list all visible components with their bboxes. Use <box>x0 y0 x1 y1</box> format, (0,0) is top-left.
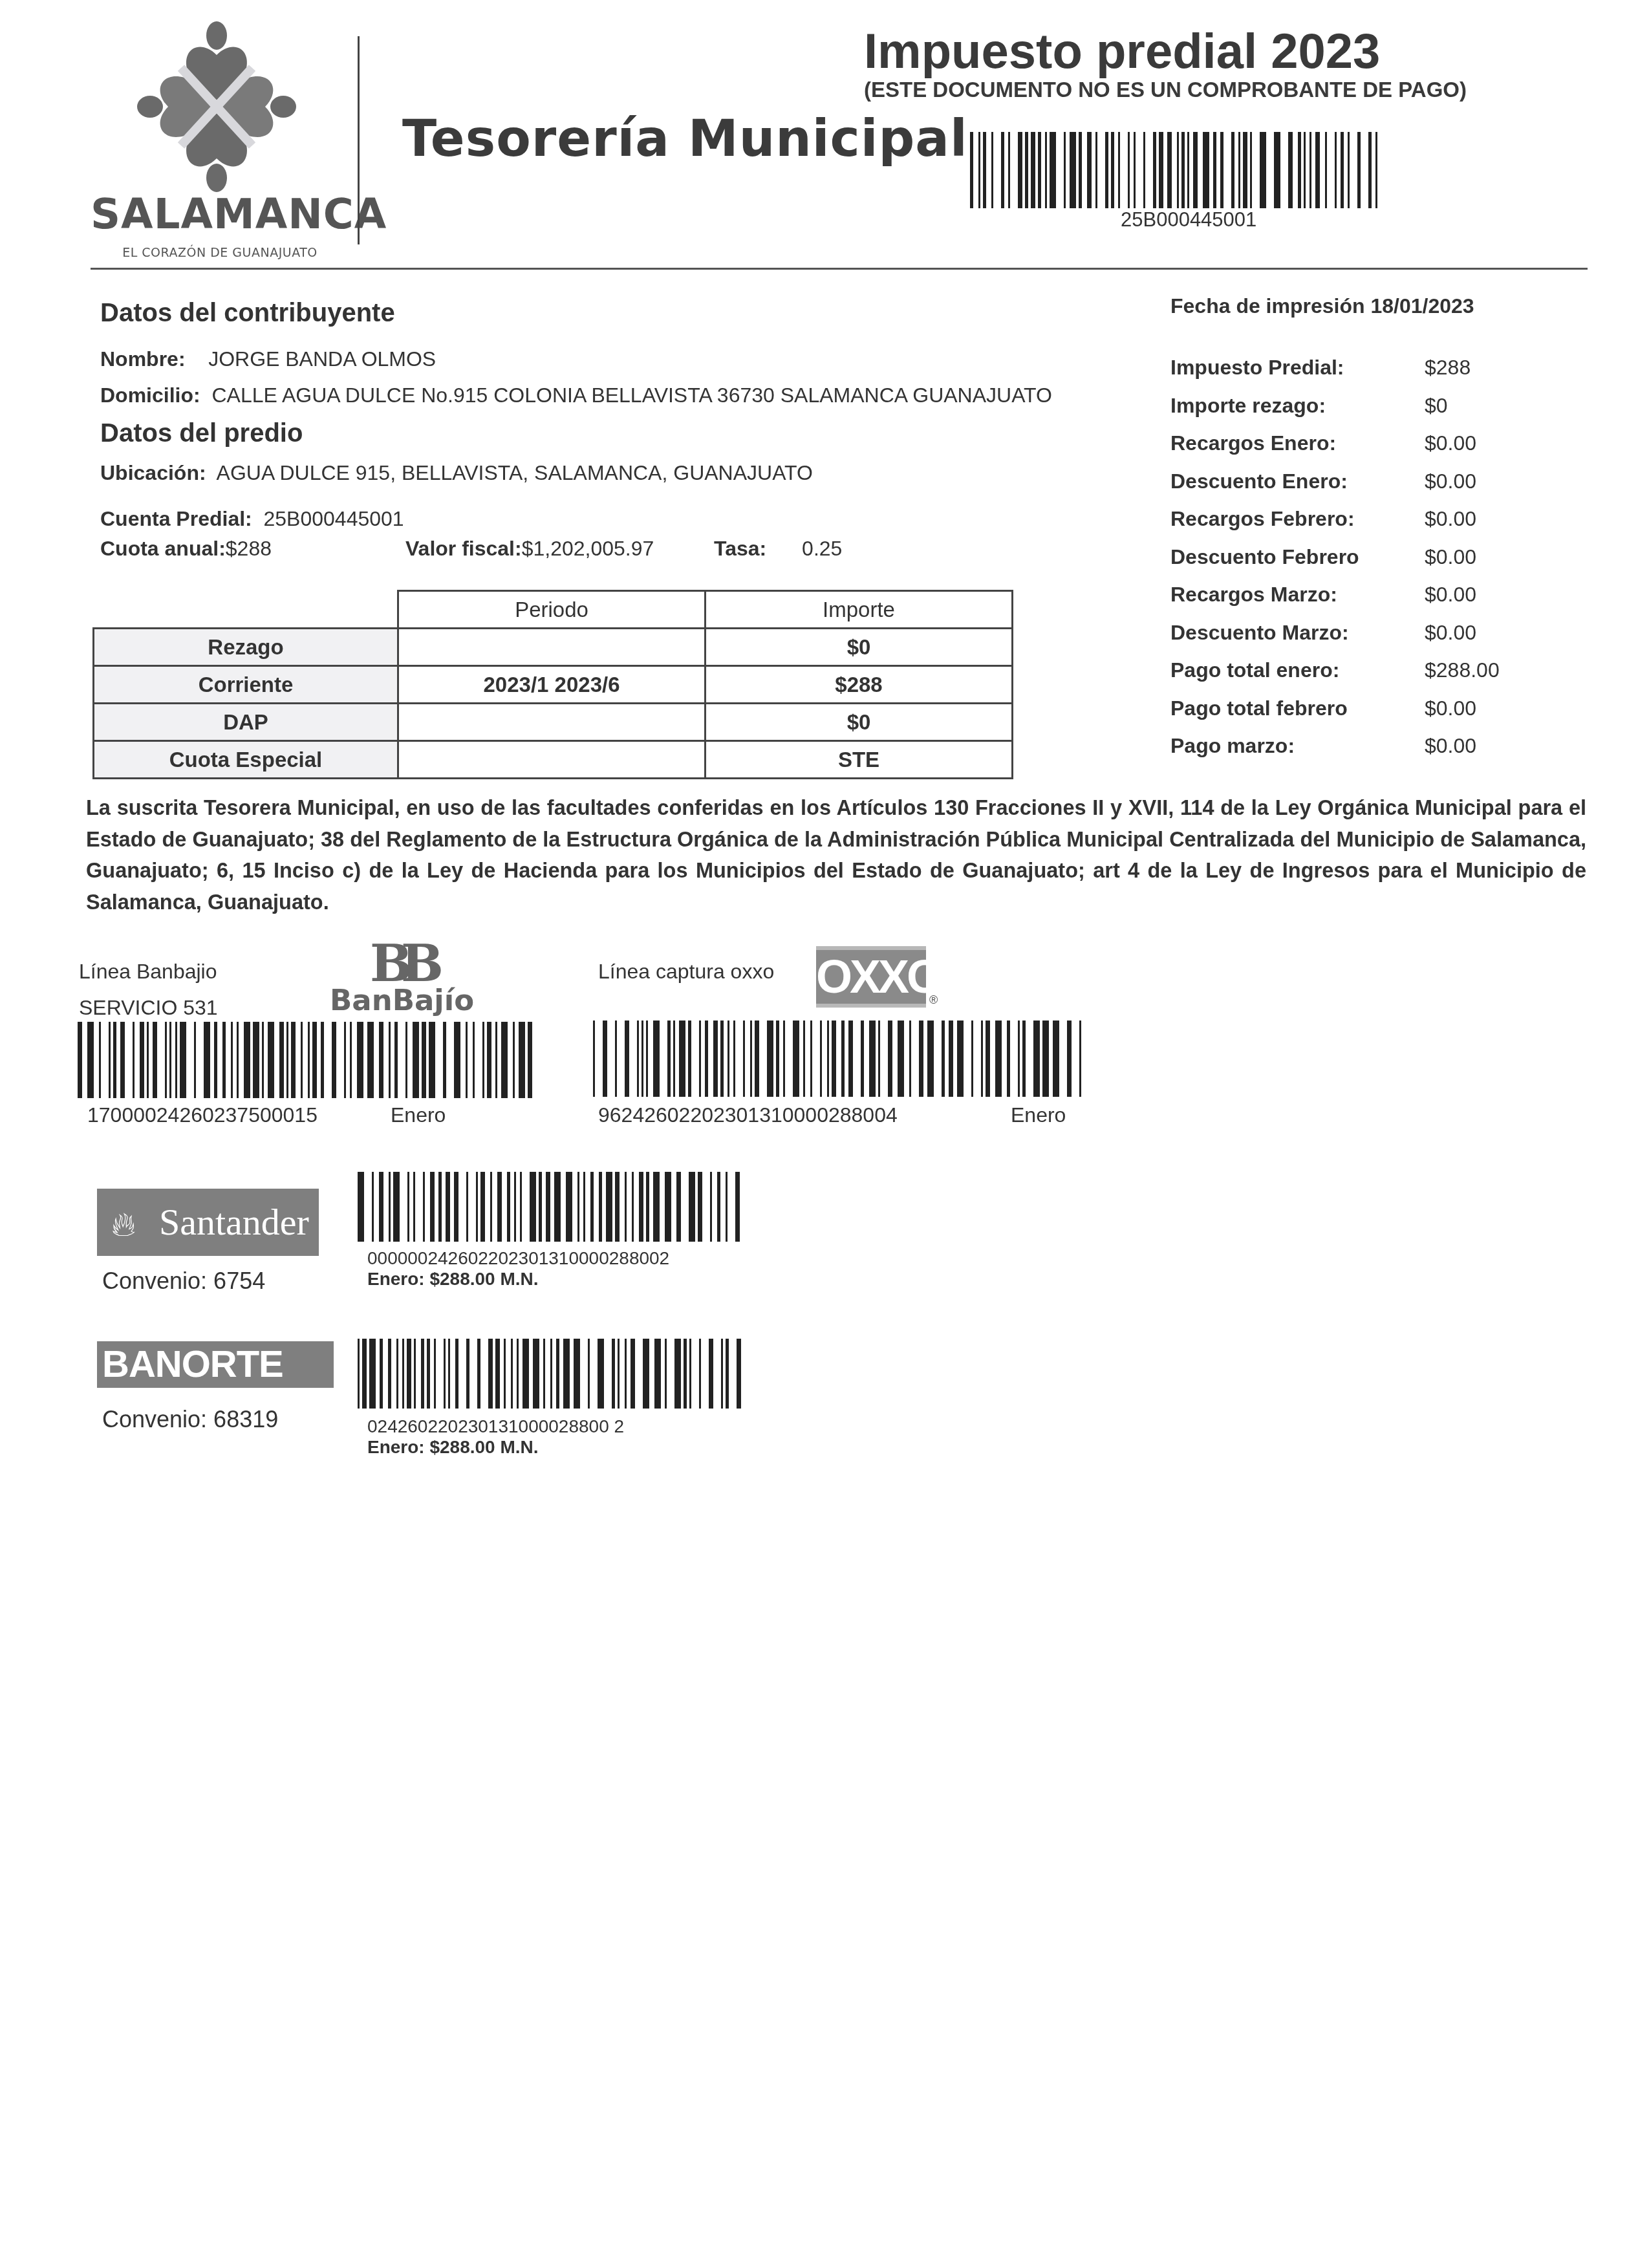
summary-label: Pago total febrero <box>1170 697 1348 720</box>
row-period <box>398 629 706 666</box>
summary-value: $0.00 <box>1425 507 1476 531</box>
header-divider <box>358 36 360 244</box>
summary-value: $0.00 <box>1425 545 1476 569</box>
document-title: Impuesto predial 2023 <box>864 23 1380 80</box>
row-concept: Rezago <box>94 629 398 666</box>
oxxo-barcode <box>593 1021 1083 1097</box>
summary-label: Recargos Febrero: <box>1170 507 1355 531</box>
santander-amount: Enero: $288.00 M.N. <box>367 1269 539 1290</box>
row-amount: STE <box>706 741 1013 779</box>
row-concept: DAP <box>94 704 398 741</box>
oxxo-logo-name: OXXO <box>816 949 926 1006</box>
account-label: Cuenta Predial: <box>100 507 252 530</box>
summary-value: $0.00 <box>1425 431 1476 455</box>
taxpayer-name-field: Nombre: JORGE BANDA OLMOS <box>100 347 436 371</box>
banorte-barcode-text: 024260220230131000028800 2 <box>367 1416 624 1437</box>
annual-fee-value: $288 <box>226 537 272 560</box>
periods-table: Periodo Importe Rezago $0 Corriente 2023… <box>92 590 1013 779</box>
summary-value: $0.00 <box>1425 583 1476 607</box>
document-subtitle: (ESTE DOCUMENTO NO ES UN COMPROBANTE DE … <box>864 78 1467 102</box>
fiscal-value-field: Valor fiscal:$1,202,005.97 <box>405 537 654 561</box>
summary-label: Impuesto Predial: <box>1170 356 1344 380</box>
santander-barcode <box>358 1172 742 1242</box>
banbajio-logo-name: BanBajío <box>330 983 474 1017</box>
table-row: Corriente 2023/1 2023/6 $288 <box>94 666 1013 704</box>
legal-paragraph: La suscrita Tesorera Municipal, en uso d… <box>86 792 1586 918</box>
row-concept: Corriente <box>94 666 398 704</box>
salamanca-logo: SALAMANCA EL CORAZÓN DE GUANAJUATO <box>91 19 349 252</box>
banbajio-service: SERVICIO 531 <box>79 996 218 1020</box>
summary-value: $0.00 <box>1425 470 1476 493</box>
row-period <box>398 741 706 779</box>
banbajio-month: Enero <box>391 1103 446 1127</box>
row-period: 2023/1 2023/6 <box>398 666 706 704</box>
annual-fee-label: Cuota anual: <box>100 537 226 560</box>
santander-logo-name: Santander <box>159 1200 309 1244</box>
table-row: Cuota Especial STE <box>94 741 1013 779</box>
banorte-logo-name: BANORTE <box>102 1343 283 1386</box>
banbajio-label: Línea Banbajio <box>79 960 217 984</box>
row-concept: Cuota Especial <box>94 741 398 779</box>
banorte-barcode <box>358 1339 742 1409</box>
summary-value: $0 <box>1425 394 1448 418</box>
property-account-field: Cuenta Predial: 25B000445001 <box>100 507 404 531</box>
row-amount: $0 <box>706 629 1013 666</box>
header-blank <box>94 591 398 629</box>
oxxo-registered-mark: ® <box>929 993 938 1007</box>
summary-value: $0.00 <box>1425 734 1476 758</box>
banbajio-barcode <box>78 1022 537 1098</box>
banorte-logo: BANORTE <box>97 1341 334 1388</box>
row-amount: $288 <box>706 666 1013 704</box>
address-label: Domicilio: <box>100 383 200 407</box>
table-row: DAP $0 <box>94 704 1013 741</box>
header-rule <box>91 268 1588 270</box>
logo-tagline: EL CORAZÓN DE GUANAJUATO <box>91 246 349 260</box>
header-period: Periodo <box>398 591 706 629</box>
print-date: Fecha de impresión 18/01/2023 <box>1170 294 1474 318</box>
location-label: Ubicación: <box>100 461 206 484</box>
fiscal-value-value: $1,202,005.97 <box>522 537 654 560</box>
summary-label: Descuento Febrero <box>1170 545 1359 569</box>
table-row: Rezago $0 <box>94 629 1013 666</box>
summary-value: $0.00 <box>1425 621 1476 645</box>
department-name: Tesorería Municipal <box>402 110 968 168</box>
location-value: AGUA DULCE 915, BELLAVISTA, SALAMANCA, G… <box>217 461 813 484</box>
account-barcode-text: 25B000445001 <box>1121 208 1256 232</box>
fiscal-value-label: Valor fiscal: <box>405 537 522 560</box>
summary-label: Importe rezago: <box>1170 394 1326 418</box>
summary-label: Pago total enero: <box>1170 658 1339 682</box>
oxxo-label: Línea captura oxxo <box>598 960 774 984</box>
summary-label: Recargos Enero: <box>1170 431 1336 455</box>
oxxo-month: Enero <box>1011 1103 1066 1127</box>
summary-label: Recargos Marzo: <box>1170 583 1337 607</box>
oxxo-barcode-text: 96242602202301310000288004 <box>598 1103 898 1127</box>
taxpayer-address-field: Domicilio: CALLE AGUA DULCE No.915 COLON… <box>100 383 1052 407</box>
logo-name: SALAMANCA <box>91 191 349 239</box>
rate-value: 0.25 <box>802 537 842 560</box>
address-value: CALLE AGUA DULCE No.915 COLONIA BELLAVIS… <box>211 383 1052 407</box>
summary-label: Descuento Marzo: <box>1170 621 1349 645</box>
summary-value: $0.00 <box>1425 697 1476 720</box>
row-amount: $0 <box>706 704 1013 741</box>
property-section-title: Datos del predio <box>100 419 303 448</box>
taxpayer-section-title: Datos del contribuyente <box>100 299 395 328</box>
santander-barcode-text: 000000242602202301310000288002 <box>367 1248 669 1269</box>
row-period <box>398 704 706 741</box>
summary-label: Pago marzo: <box>1170 734 1295 758</box>
rate-label: Tasa: <box>714 537 766 560</box>
table-header-row: Periodo Importe <box>94 591 1013 629</box>
property-location-field: Ubicación: AGUA DULCE 915, BELLAVISTA, S… <box>100 461 813 485</box>
summary-value: $288.00 <box>1425 658 1500 682</box>
rate-field: Tasa: 0.25 <box>714 537 842 561</box>
name-label: Nombre: <box>100 347 186 371</box>
banorte-convenio: Convenio: 68319 <box>102 1406 278 1433</box>
name-value: JORGE BANDA OLMOS <box>208 347 436 371</box>
account-value: 25B000445001 <box>264 507 404 530</box>
summary-label: Descuento Enero: <box>1170 470 1348 493</box>
santander-logo: 🔥︎ Santander <box>97 1189 319 1256</box>
summary-value: $288 <box>1425 356 1471 380</box>
santander-flame-icon: 🔥︎ <box>111 1205 136 1245</box>
banorte-amount: Enero: $288.00 M.N. <box>367 1437 539 1458</box>
account-barcode <box>970 132 1390 208</box>
santander-convenio: Convenio: 6754 <box>102 1268 265 1295</box>
salamanca-heart-emblem-icon <box>136 19 297 194</box>
oxxo-logo: OXXO <box>816 946 926 1008</box>
annual-fee-field: Cuota anual:$288 <box>100 537 272 561</box>
header-amount: Importe <box>706 591 1013 629</box>
banbajio-barcode-text: 17000024260237500015 <box>87 1103 318 1127</box>
